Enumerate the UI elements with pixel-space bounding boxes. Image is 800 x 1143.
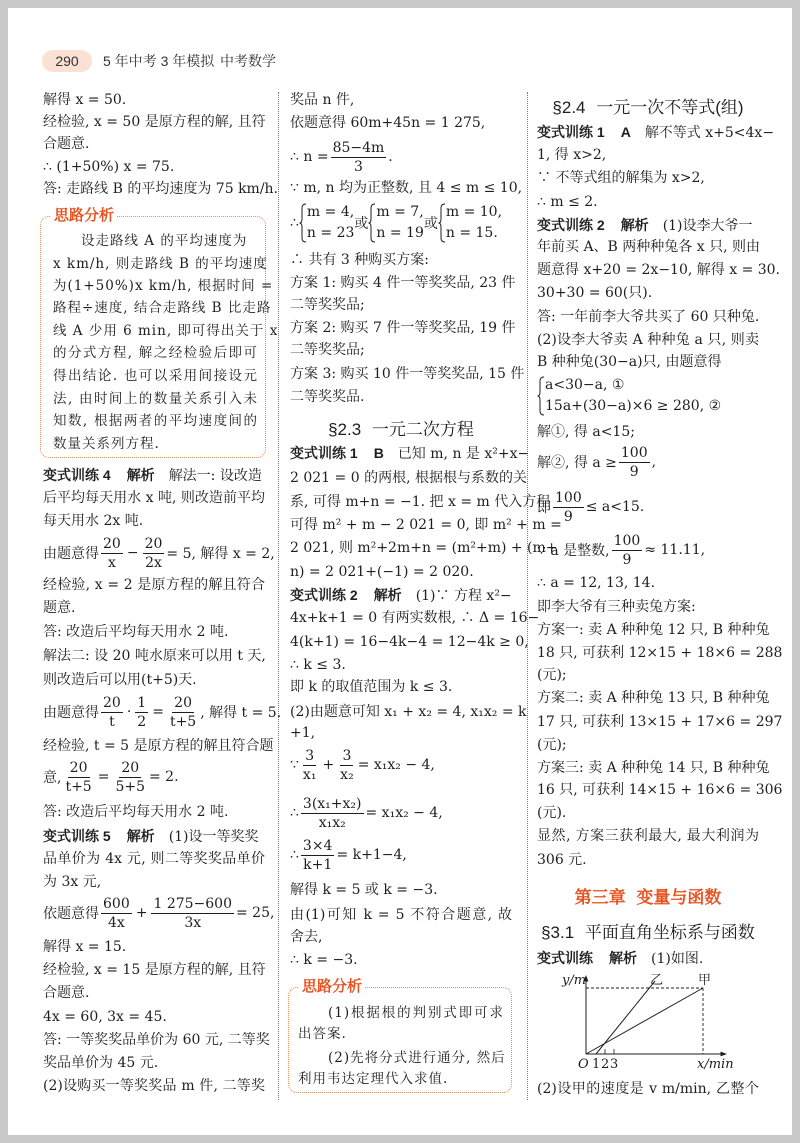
operator: + — [136, 905, 148, 921]
denominator: 3 — [352, 158, 365, 175]
text-line: 4x+k+1 = 0 有两实数根, ∴ Δ = 16− — [290, 607, 512, 629]
equation-prefix: ∴ — [290, 215, 299, 231]
fraction: 205+5 — [113, 760, 147, 795]
system-row: m = 4, — [307, 202, 354, 223]
text-line: 解得 x = 50. — [43, 89, 265, 111]
text-line: 二等奖奖品; — [290, 294, 512, 316]
text-line: 答: 改造后平均每天用水 2 吨. — [43, 621, 265, 643]
equation-prefix: 即 — [537, 497, 551, 517]
analysis-line: 为(1+50%)x km/h, 根据时间 = — [53, 275, 258, 297]
text-line: 解得 k = 5 或 k = −3. — [290, 879, 512, 901]
numerator: 20 — [172, 695, 194, 713]
analysis-line: (1)根据根的判别式即可求 — [328, 1002, 504, 1024]
numerator: 3 — [340, 748, 353, 766]
text-line: 306 元. — [537, 849, 759, 871]
left-brace-icon — [537, 376, 545, 416]
text-line: (2)设购买一等奖奖品 m 件, 二等奖 — [43, 1075, 265, 1097]
text-line: (2)设李大爷卖 A 种种兔 a 只, 则卖 — [537, 329, 759, 351]
denominator: k+1 — [301, 856, 334, 873]
text-line: 二等奖奖品; — [290, 339, 512, 361]
denominator: x₂ — [338, 766, 356, 783]
text-line: 每天用水 2x 吨. — [43, 510, 265, 532]
text-line: 合题意. — [43, 133, 265, 155]
exercise-tag: 解析 — [374, 587, 402, 603]
fraction: 1009 — [612, 533, 643, 568]
x-tick-label: 3 — [610, 1057, 618, 1072]
denominator: x₁ — [301, 766, 319, 783]
text-line: 1, 得 x>2, — [537, 144, 759, 166]
analysis-line: 的分式方程, 解之经检验后即可 — [53, 342, 258, 364]
answer-choice: B — [374, 445, 384, 461]
equation-suffix: ≈ 11.11, — [644, 542, 705, 558]
exercise-label: 变式训练 4 — [43, 467, 111, 483]
exercise-line: 变式训练 1A解不等式 x+5<4x− — [537, 121, 759, 143]
numerator: 100 — [612, 533, 643, 551]
exercise-tag: 解析 — [127, 828, 155, 844]
text-line: 则改造后可以用(t+5)天. — [43, 669, 265, 691]
operator: − — [127, 545, 139, 561]
equation-prefix: ∴ — [290, 805, 299, 821]
equation-suffix: = x₁x₂ − 4, — [358, 757, 435, 773]
text-line: (元); — [537, 664, 759, 686]
text-line: 为 3x 元, — [43, 871, 265, 893]
exercise-line: 变式训练 4解析解法一: 设改造 — [43, 464, 265, 486]
text-line: ∴ k = −3. — [290, 949, 512, 971]
exercise-label: 变式训练 2 — [537, 217, 605, 233]
text-line: 方案 2: 购买 7 件一等奖奖品, 19 件 — [290, 317, 512, 339]
text-line: 方案三: 卖 A 种种兔 14 只, B 种种兔 — [537, 757, 759, 779]
exercise-line: 变式训练 5解析(1)设一等奖奖 — [43, 825, 265, 847]
system-row: n = 15. — [446, 223, 502, 244]
fraction: 20t+5 — [168, 695, 198, 730]
fraction: 3(x₁+x₂)x₁x₂ — [301, 796, 364, 831]
fraction: 1009 — [619, 445, 650, 480]
analysis-line: x km/h, 则走路线 B 的平均速度 — [53, 253, 258, 275]
text-line: 后平均每天用水 x 吨, 则改造前平均 — [43, 487, 265, 509]
numerator: 20 — [101, 536, 123, 554]
left-brace-icon — [368, 203, 376, 243]
numerator: 100 — [619, 445, 650, 463]
fraction: 3x₂ — [338, 748, 356, 783]
text-line: 奖品 n 件, — [290, 89, 512, 111]
analysis-line: 出答案. — [298, 1023, 504, 1045]
analysis-title: 思路分析 — [51, 205, 117, 227]
denominator: 3x — [182, 914, 203, 931]
equation-suffix: . — [388, 149, 392, 165]
fraction: 12 — [135, 695, 148, 730]
text-line: 方案一: 卖 A 种种兔 12 只, B 种种兔 — [537, 619, 759, 641]
x-tick-label: 2 — [601, 1057, 609, 1072]
exercise-line: 变式训练 1B已知 m, n 是 x²+x− — [290, 442, 512, 464]
equation-line: ∴ 3(x₁+x₂)x₁x₂ = x₁x₂ − 4, — [290, 795, 512, 831]
answer-choice: A — [621, 124, 631, 140]
line-label-jia: 甲 — [698, 973, 711, 988]
section-heading: §2.3 一元二次方程 — [290, 417, 512, 443]
text-line: 答: 走路线 B 的平均速度为 75 km/h. — [43, 178, 265, 200]
analysis-line: 路程÷速度, 结合走路线 B 比走路 — [53, 297, 258, 319]
text-line: ∴ (1+50%) x = 75. — [43, 156, 265, 178]
equation-line: ∴ n = 85−4m3 . — [290, 139, 512, 175]
exercise-text: (1)设一等奖奖 — [169, 829, 259, 845]
analysis-box: 思路分析 (1)根据根的判别式即可求 出答案. (2)先将分式进行通分, 然后 … — [288, 987, 512, 1093]
equation-suffix: = 2. — [149, 769, 179, 785]
equation-suffix: = x₁x₂ − 4, — [366, 805, 443, 821]
fraction: 1 275−6003x — [151, 896, 234, 931]
text-line: 答: 一年前李大爷共买了 60 只种兔. — [537, 306, 759, 328]
operator: = — [98, 769, 110, 785]
text-line: 2 021 = 0 的两根, 根据根与系数的关 — [290, 467, 512, 489]
denominator: 2 — [135, 713, 148, 730]
or-word: 或 — [424, 213, 438, 233]
numerator: 1 — [135, 695, 148, 713]
analysis-box: 思路分析 设走路线 A 的平均速度为 x km/h, 则走路线 B 的平均速度 … — [40, 216, 266, 458]
text-line: 答: 改造后平均每天用水 2 吨. — [43, 801, 265, 823]
fraction: 20t+5 — [63, 760, 93, 795]
anal ysis-line: 线 A 少用 6 min, 即可得出关于 x — [53, 320, 258, 342]
denominator: t — [107, 713, 117, 730]
equation-prefix: 意, — [43, 767, 61, 787]
text-line: 合题意. — [43, 982, 265, 1004]
denominator: t+5 — [168, 713, 198, 730]
numerator: 20 — [143, 536, 165, 554]
exercise-label: 变式训练 1 — [537, 124, 605, 140]
text-line: 奖品单价为 45 元. — [43, 1052, 265, 1074]
denominator: 5+5 — [113, 778, 147, 795]
numerator: 20 — [68, 760, 90, 778]
equation-prefix: 由题意得 — [43, 543, 99, 563]
text-line: 品单价为 4x 元, 则二等奖奖品单价 — [43, 848, 265, 870]
equation-prefix: ∵ a 是整数, — [537, 540, 610, 560]
equation-system-line: ∴ m = 4,n = 23 或 m = 7,n = 19 或 m = 10,n… — [290, 201, 512, 245]
denominator: 2x — [143, 554, 164, 571]
system-row: n = 19 — [376, 223, 423, 244]
text-line: 系, 可得 m+n = −1. 把 x = m 代入方程 — [290, 491, 512, 513]
equation-line: 解②, 得 a ≥ 1009 , — [537, 444, 759, 480]
exercise-text: 解法一: 设改造 — [169, 468, 262, 484]
fraction: 20x — [101, 536, 123, 571]
equation-line: 由题意得 20x − 202x = 5, 解得 x = 2, — [43, 535, 265, 571]
equation-line: ∵ 3x₁ + 3x₂ = x₁x₂ − 4, — [290, 747, 512, 783]
equation-line: 由题意得 20t · 12 = 20t+5 , 解得 t = 5. — [43, 694, 265, 730]
text-line: B 种种兔(30−a)只, 由题意得 — [537, 351, 759, 373]
text-line: 方案 1: 购买 4 件一等奖奖品, 23 件 — [290, 272, 512, 294]
text-line: 显然, 方案三获利最大, 最大利润为 — [537, 825, 759, 847]
text-line: (元). — [537, 802, 759, 824]
numerator: 3(x₁+x₂) — [301, 796, 364, 814]
equation-prefix: 解②, 得 a ≥ — [537, 452, 617, 472]
equation-prefix: 由题意得 — [43, 702, 99, 722]
equation-suffix: , 解得 t = 5. — [200, 702, 281, 722]
x-tick-label: 1 — [592, 1057, 600, 1072]
text-line: 方案 3: 购买 10 件一等奖奖品, 15 件 — [290, 363, 512, 385]
equation-suffix: , — [652, 454, 656, 470]
fraction: 85−4m3 — [331, 140, 387, 175]
text-line: 2 021, 则 m²+2m+n = (m²+m) + (m+ — [290, 537, 512, 559]
text-line: 16 只, 可获利 14×15 + 16×6 = 306 — [537, 779, 759, 801]
text-line: 年前买 A、B 两种种兔各 x 只, 则由 — [537, 236, 759, 258]
denominator: x — [106, 554, 118, 571]
denominator: t+5 — [63, 778, 93, 795]
or-word: 或 — [354, 213, 368, 233]
exercise-line: 变式训练 2解析(1)设李大爷一 — [537, 214, 759, 236]
text-line: 解①, 得 a<15; — [537, 421, 759, 443]
numerator: 3×4 — [301, 838, 335, 856]
exercise-text: (1)∵ 方程 x²− — [416, 588, 512, 604]
distance-time-graph: y/m 乙 甲 O 1 2 3 x/min — [555, 965, 755, 1075]
system-row: m = 10, — [446, 202, 502, 223]
equation-prefix: ∴ n = — [290, 149, 329, 165]
numerator: 3 — [303, 748, 316, 766]
exercise-tag: 解析 — [609, 950, 637, 966]
text-line: ∴ a = 12, 13, 14. — [537, 572, 759, 594]
analysis-line: 设走路线 A 的平均速度为 — [81, 230, 246, 252]
exercise-label: 变式训练 2 — [290, 587, 358, 603]
text-line: 依题意得 60m+45n = 1 275, — [290, 112, 512, 134]
denominator: 9 — [621, 551, 634, 568]
chapter-heading: 第三章 变量与函数 — [537, 885, 759, 911]
analysis-title: 思路分析 — [299, 976, 365, 998]
exercise-label: 变式训练 — [537, 950, 593, 966]
column-1: 解得 x = 50. 经检验, x = 50 是原方程的解, 且符 合题意. ∴… — [43, 0, 265, 1143]
y-axis-label: y/m — [561, 973, 586, 988]
operator: · — [127, 704, 131, 720]
analysis-line: 利用韦达定理代入求值. — [298, 1068, 504, 1090]
text-line: ∴ 共有 3 种购买方案: — [290, 249, 512, 271]
equation-prefix: ∴ — [290, 847, 299, 863]
fraction: 1009 — [553, 490, 584, 525]
numerator: 20 — [119, 760, 141, 778]
line-label-yi: 乙 — [650, 973, 663, 988]
operator: + — [322, 757, 334, 773]
text-line: 方案二: 卖 A 种种兔 13 只, B 种种兔 — [537, 687, 759, 709]
text-line: 二等奖奖品. — [290, 386, 512, 408]
origin-label: O — [578, 1057, 589, 1072]
numerator: 1 275−600 — [151, 896, 234, 914]
column-divider — [278, 92, 279, 1100]
equation-suffix: = 5, 解得 x = 2, — [166, 543, 274, 563]
exercise-line: 变式训练 2解析(1)∵ 方程 x²− — [290, 584, 512, 606]
text-line: ∵ m, n 均为正整数, 且 4 ≤ m ≤ 10, — [290, 177, 512, 199]
text-line: (元); — [537, 734, 759, 756]
x-axis-arrow-icon — [721, 1052, 728, 1057]
equation-line: 意, 20t+5 = 205+5 = 2. — [43, 759, 265, 795]
denominator: 9 — [628, 463, 641, 480]
equation-line: 依题意得 6004x + 1 275−6003x = 25, — [43, 895, 265, 931]
left-brace-icon — [299, 203, 307, 243]
numerator: 600 — [101, 896, 132, 914]
system-row: m = 7, — [376, 202, 423, 223]
exercise-text: 解不等式 x+5<4x− — [645, 125, 774, 141]
text-line: 17 只, 可获利 13×15 + 17×6 = 297 — [537, 711, 759, 733]
exercise-label: 变式训练 1 — [290, 445, 358, 461]
system-row: n = 23 — [307, 223, 354, 244]
text-line: 经检验, x = 2 是原方程的解且符合 — [43, 574, 265, 596]
text-line: 答: 一等奖奖品单价为 60 元, 二等奖 — [43, 1029, 265, 1051]
equation-line: ∴ 3×4k+1 = k+1−4, — [290, 837, 512, 873]
text-line: n) = 2 021+(−1) = 2 020. — [290, 561, 512, 583]
text-line: ∴ m ≤ 2. — [537, 191, 759, 213]
operator: = — [152, 704, 164, 720]
equation-line: ∵ a 是整数, 1009 ≈ 11.11, — [537, 532, 759, 568]
numerator: 100 — [553, 490, 584, 508]
exercise-text: 已知 m, n 是 x²+x− — [398, 446, 529, 462]
text-line: 30+30 = 60(只). — [537, 282, 759, 304]
line-yi — [596, 981, 655, 1054]
denominator: 4x — [106, 914, 127, 931]
exercise-text: (1)设李大爷一 — [663, 218, 753, 234]
text-line: 舍去, — [290, 926, 512, 948]
numerator: 85−4m — [331, 140, 387, 158]
section-heading: §2.4 一元一次不等式(组) — [537, 95, 759, 121]
fraction: 3×4k+1 — [301, 838, 335, 873]
equation-prefix: ∵ — [290, 757, 299, 773]
text-line: 由(1)可知 k = 5 不符合题意, 故 — [290, 904, 512, 926]
text-line: 经检验, x = 50 是原方程的解, 且符 — [43, 111, 265, 133]
text-line: (2)由题意可知 x₁ + x₂ = 4, x₁x₂ = k — [290, 701, 512, 723]
equation-suffix: = 25, — [236, 905, 274, 921]
equation-suffix: ≤ a<15. — [586, 499, 645, 515]
text-line: 4(k+1) = 16−4k−4 = 12−4k ≥ 0, — [290, 631, 512, 653]
fraction: 20t — [101, 695, 123, 730]
text-line: 解法二: 设 20 吨水原来可以用 t 天, — [43, 645, 265, 667]
section-heading: §3.1 平面直角坐标系与函数 — [537, 920, 759, 946]
text-line: 4x = 60, 3x = 45. — [43, 1006, 265, 1028]
equation-system: m = 10,n = 15. — [438, 202, 502, 244]
text-line: ∴ k ≤ 3. — [290, 654, 512, 676]
text-line: (2)设甲的速度是 v m/min, 乙整个 — [537, 1078, 759, 1100]
equation-line: 即 1009 ≤ a<15. — [537, 489, 759, 525]
analysis-line: 法, 由时间上的数量关系引入未 — [53, 388, 258, 410]
text-line: 可得 m² + m − 2 021 = 0, 即 m² + m = — [290, 514, 512, 536]
analysis-line: (2)先将分式进行通分, 然后 — [328, 1047, 504, 1069]
fraction: 6004x — [101, 896, 132, 931]
column-divider — [527, 92, 528, 1100]
equation-system: a<30−a, ①15a+(30−a)×6 ≥ 280, ② — [537, 375, 721, 417]
text-line: 即李大爷有三种卖兔方案: — [537, 596, 759, 618]
text-line: 解得 x = 15. — [43, 936, 265, 958]
column-2: 奖品 n 件, 依题意得 60m+45n = 1 275, ∴ n = 85−4… — [290, 0, 512, 1143]
equation-prefix: 依题意得 — [43, 903, 99, 923]
exercise-tag: 解析 — [621, 217, 649, 233]
exercise-label: 变式训练 5 — [43, 828, 111, 844]
text-line: +1, — [290, 722, 512, 744]
equation-system: m = 4,n = 23 — [299, 202, 354, 244]
fraction: 3x₁ — [301, 748, 319, 783]
text-line: 题意. — [43, 597, 265, 619]
equation-system: m = 7,n = 19 — [368, 202, 423, 244]
equation-system-line: a<30−a, ①15a+(30−a)×6 ≥ 280, ② — [537, 374, 759, 418]
text-line: 18 只, 可获利 12×15 + 18×6 = 288 — [537, 642, 759, 664]
analysis-line: 数量关系列方程. — [53, 433, 258, 455]
analysis-line: 知数, 根据两者的平均速度间的 — [53, 410, 258, 432]
text-line: ∵ 不等式组的解集为 x>2, — [537, 167, 759, 189]
text-line: 即 k 的取值范围为 k ≤ 3. — [290, 676, 512, 698]
text-line: 经检验, t = 5 是原方程的解且符合题 — [43, 735, 265, 757]
exercise-tag: 解析 — [127, 467, 155, 483]
left-brace-icon — [438, 203, 446, 243]
text-line: 经检验, x = 15 是原方程的解, 且符 — [43, 959, 265, 981]
denominator: 9 — [562, 508, 575, 525]
analysis-line: 得出结论. 也可以采用间接设元 — [53, 365, 258, 387]
system-row: 15a+(30−a)×6 ≥ 280, ② — [545, 396, 721, 417]
denominator: x₁x₂ — [317, 814, 348, 831]
text-line: 题意得 x+20 = 2x−10, 解得 x = 30. — [537, 259, 759, 281]
equation-suffix: = k+1−4, — [336, 847, 406, 863]
x-axis-label: x/min — [697, 1057, 734, 1072]
system-row: a<30−a, ① — [545, 375, 721, 396]
fraction: 202x — [143, 536, 165, 571]
numerator: 20 — [101, 695, 123, 713]
